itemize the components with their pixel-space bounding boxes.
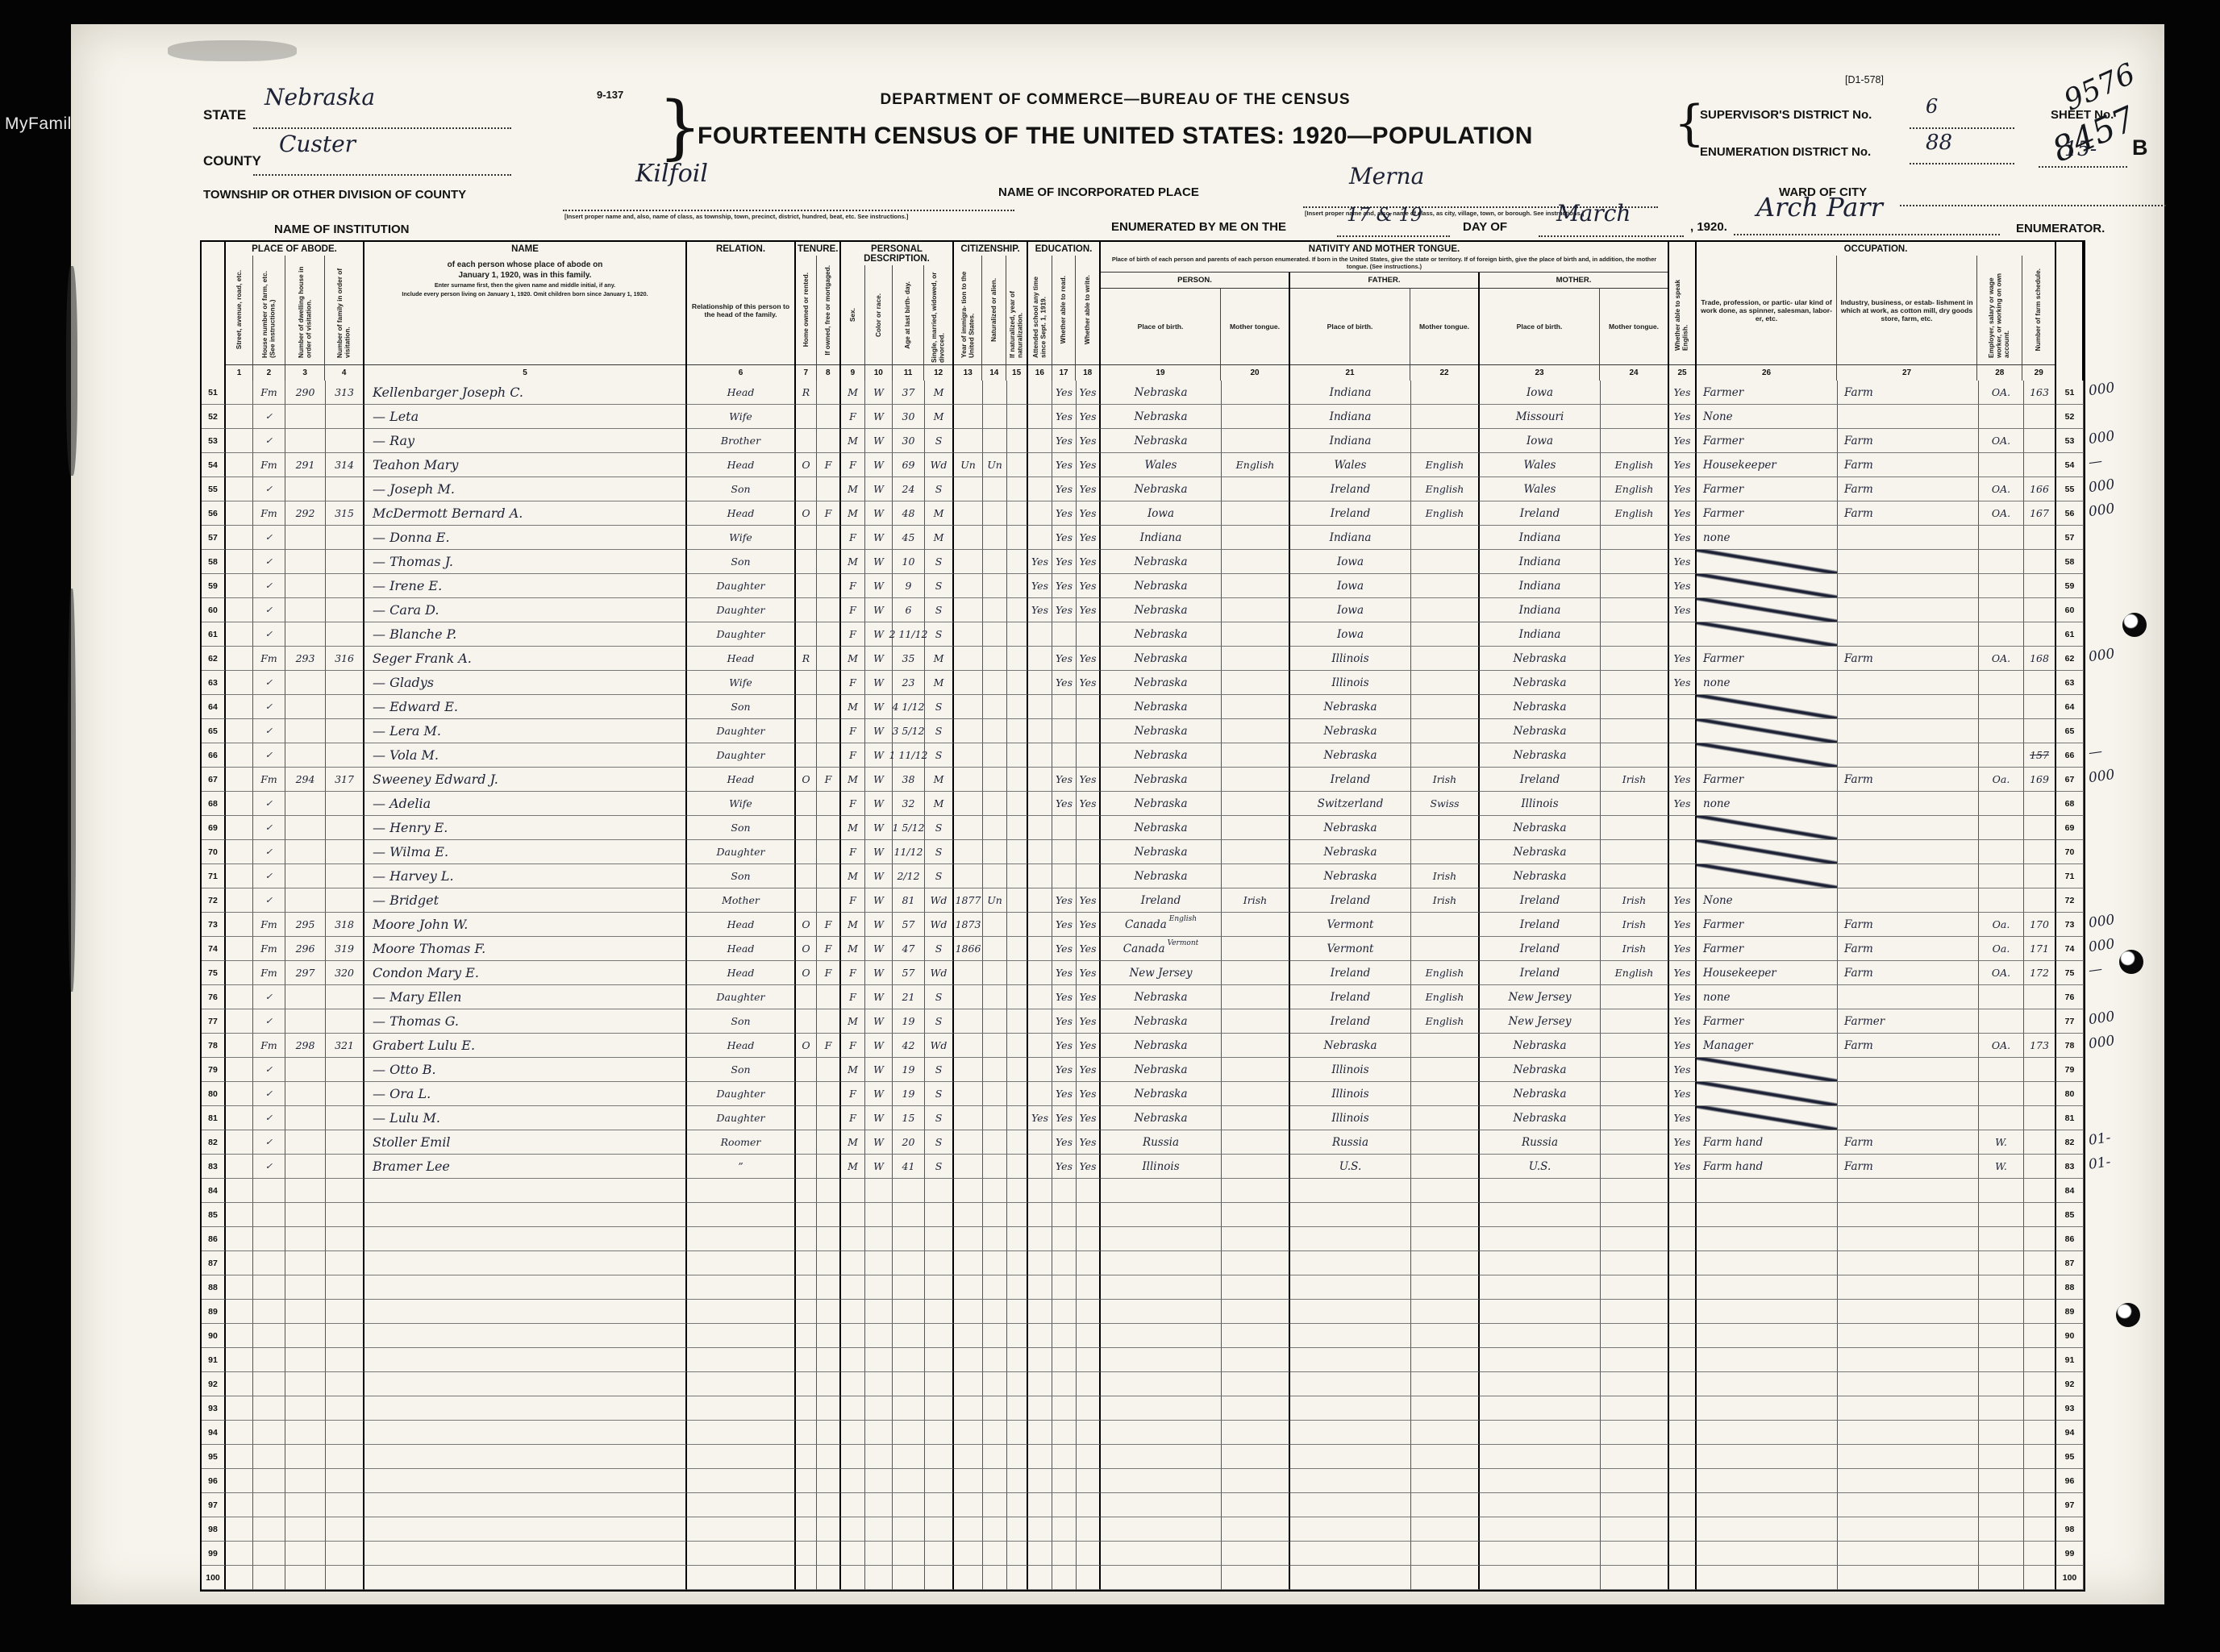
- cell: [983, 1396, 1007, 1421]
- cell: [865, 1396, 893, 1421]
- cell: Nebraska: [1101, 792, 1222, 816]
- line-number: 85: [2056, 1203, 2084, 1227]
- cell: [226, 1130, 253, 1155]
- cell: [841, 1445, 865, 1469]
- dept-title: DEPARTMENT OF COMMERCE—BUREAU OF THE CEN…: [712, 91, 1518, 109]
- cell: [1697, 1251, 1838, 1275]
- margin-tally-mark: 000: [2088, 501, 2116, 520]
- cell: [2024, 1155, 2056, 1179]
- header-citizenship: CITIZENSHIP.Year of immigra- tion to the…: [954, 242, 1028, 381]
- cell: Indiana: [1290, 381, 1411, 405]
- enumerator-value: Arch Parr: [1756, 192, 1883, 223]
- cell: Son: [687, 1058, 796, 1082]
- cell: Nebraska: [1101, 574, 1222, 598]
- cell: [1290, 1227, 1411, 1251]
- cell: [2024, 671, 2056, 695]
- cell: F: [817, 501, 841, 526]
- cell: [983, 1227, 1007, 1251]
- cell: F: [841, 526, 865, 550]
- name-cell: [364, 1566, 687, 1590]
- cell: 316: [326, 647, 364, 671]
- cell: [253, 1324, 285, 1348]
- cell: [326, 1566, 364, 1590]
- line-number: 74: [2056, 937, 2084, 961]
- cell: [326, 526, 364, 550]
- line-number: 77: [202, 1009, 226, 1034]
- cell: ✓: [253, 695, 285, 719]
- cell: [1028, 961, 1052, 985]
- cell: [1411, 1445, 1480, 1469]
- cell: Wd: [925, 913, 954, 937]
- brace-right: {: [1674, 95, 1705, 152]
- cell: ✓: [253, 840, 285, 864]
- cell: [326, 671, 364, 695]
- cell: [865, 1227, 893, 1251]
- cell: [1007, 1493, 1028, 1517]
- cell: [1838, 1106, 1979, 1130]
- cell: [865, 1203, 893, 1227]
- line-number: 90: [2056, 1324, 2084, 1348]
- cell: M: [925, 792, 954, 816]
- cell: [796, 1469, 817, 1493]
- cell: [253, 1445, 285, 1469]
- cell: [1601, 429, 1669, 453]
- cell: M: [841, 550, 865, 574]
- cell: [1838, 743, 1979, 768]
- name-cell: [364, 1396, 687, 1421]
- cell: S: [925, 1106, 954, 1130]
- cell: [1838, 1469, 1979, 1493]
- line-number: 92: [202, 1372, 226, 1396]
- cell: Yes: [1077, 768, 1101, 792]
- cell: 168: [2024, 647, 2056, 671]
- cell: [1222, 743, 1290, 768]
- cell: [1290, 1542, 1411, 1566]
- cell: [1052, 1179, 1077, 1203]
- cell: F: [841, 1082, 865, 1106]
- cell: [226, 453, 253, 477]
- cell: 169: [2024, 768, 2056, 792]
- cell: Wales: [1480, 477, 1601, 501]
- cell: [1007, 501, 1028, 526]
- cell: [226, 1251, 253, 1275]
- cell: [1077, 719, 1101, 743]
- cell: [1669, 840, 1697, 864]
- cell: Farmer: [1697, 1009, 1838, 1034]
- cell: 48: [893, 501, 925, 526]
- line-number: 93: [202, 1396, 226, 1421]
- cell: [983, 840, 1007, 864]
- cell: W: [865, 1009, 893, 1034]
- cell: Nebraska: [1101, 719, 1222, 743]
- cell: [1222, 1203, 1290, 1227]
- cell: [1028, 429, 1052, 453]
- cell: [1601, 864, 1669, 888]
- cell: [796, 1348, 817, 1372]
- cell: [1979, 574, 2024, 598]
- cell: [285, 816, 326, 840]
- line-number: 82: [202, 1130, 226, 1155]
- cell: [1669, 1542, 1697, 1566]
- cell: [817, 1227, 841, 1251]
- cell: [226, 1227, 253, 1251]
- cell: 11/12: [893, 840, 925, 864]
- cell: [1838, 985, 1979, 1009]
- cell: [1222, 598, 1290, 622]
- cell: [1101, 1275, 1222, 1300]
- name-cell: [364, 1251, 687, 1275]
- cell: [687, 1227, 796, 1251]
- cell: Un: [983, 453, 1007, 477]
- cell: [326, 1130, 364, 1155]
- cell: [1007, 1469, 1028, 1493]
- cell: English: [1411, 477, 1480, 501]
- cell: [817, 1348, 841, 1372]
- cell: 296: [285, 937, 326, 961]
- cell: [326, 719, 364, 743]
- cell: Nebraska: [1480, 840, 1601, 864]
- cell: [1222, 1155, 1290, 1179]
- cell: S: [925, 429, 954, 453]
- cell: [796, 1155, 817, 1179]
- cell: [285, 1493, 326, 1517]
- cell: M: [841, 816, 865, 840]
- cell: OA.: [1979, 1034, 2024, 1058]
- cell: [1028, 1300, 1052, 1324]
- cell: 317: [326, 768, 364, 792]
- cell: [285, 1251, 326, 1275]
- header-relation: RELATION.Relationship of this person to …: [687, 242, 796, 381]
- cell: [1601, 574, 1669, 598]
- cell: F: [841, 622, 865, 647]
- cell: [1697, 1348, 1838, 1372]
- cell: [1290, 1275, 1411, 1300]
- cell: [1052, 1348, 1077, 1372]
- cell: Son: [687, 864, 796, 888]
- cell: [1669, 1372, 1697, 1396]
- cell: [1007, 550, 1028, 574]
- cell: 81: [893, 888, 925, 913]
- cell: Head: [687, 1034, 796, 1058]
- cell: Fm: [253, 647, 285, 671]
- cell: [954, 647, 983, 671]
- line-number: 77: [2056, 1009, 2084, 1034]
- cell: [2024, 1300, 2056, 1324]
- cell: [925, 1348, 954, 1372]
- cell: [226, 671, 253, 695]
- cell: [1697, 743, 1838, 768]
- name-cell: [364, 1203, 687, 1227]
- cell: [1838, 816, 1979, 840]
- cell: [983, 574, 1007, 598]
- cell: Nebraska: [1290, 864, 1411, 888]
- cell: ”: [687, 1155, 796, 1179]
- cell: [1101, 1469, 1222, 1493]
- cell: [983, 671, 1007, 695]
- cell: Nebraska: [1101, 816, 1222, 840]
- cell: Illinois: [1101, 1155, 1222, 1179]
- cell: Yes: [1052, 453, 1077, 477]
- cell: Ireland: [1290, 961, 1411, 985]
- cell: Nebraska: [1101, 840, 1222, 864]
- cell: Ireland: [1290, 768, 1411, 792]
- cell: 173: [2024, 1034, 2056, 1058]
- cell: [226, 1106, 253, 1130]
- cell: [1028, 671, 1052, 695]
- cell: [1838, 1372, 1979, 1396]
- cell: W: [865, 888, 893, 913]
- cell: [285, 1155, 326, 1179]
- line-number: 60: [2056, 598, 2084, 622]
- cell: [841, 1275, 865, 1300]
- cell: [796, 1082, 817, 1106]
- line-number: 71: [2056, 864, 2084, 888]
- cell: [1028, 1493, 1052, 1517]
- cell: [1290, 1203, 1411, 1227]
- cell: Nebraska: [1480, 1082, 1601, 1106]
- cell: [2024, 1324, 2056, 1348]
- cell: [226, 792, 253, 816]
- cell: [796, 1009, 817, 1034]
- cell: Indiana: [1290, 405, 1411, 429]
- cell: Iowa: [1101, 501, 1222, 526]
- cell: Farmer: [1697, 477, 1838, 501]
- cell: [1101, 1445, 1222, 1469]
- name-cell: [364, 1517, 687, 1542]
- cell: [1007, 381, 1028, 405]
- cell: [796, 1058, 817, 1082]
- cell: [1669, 743, 1697, 768]
- cell: [817, 1130, 841, 1155]
- cell: ✓: [253, 1130, 285, 1155]
- cell: [983, 864, 1007, 888]
- name-cell: [364, 1542, 687, 1566]
- line-number: 72: [2056, 888, 2084, 913]
- cell: [285, 1227, 326, 1251]
- cell: [326, 1493, 364, 1517]
- cell: [326, 574, 364, 598]
- cell: [954, 1566, 983, 1590]
- cell: [983, 1445, 1007, 1469]
- cell: New Jersey: [1480, 1009, 1601, 1034]
- line-number: 94: [2056, 1421, 2084, 1445]
- cell: Nebraska: [1101, 1058, 1222, 1082]
- cell: Son: [687, 695, 796, 719]
- name-cell: — Adelia: [364, 792, 687, 816]
- cell: [893, 1275, 925, 1300]
- cell: Farm: [1838, 501, 1979, 526]
- cell: [841, 1348, 865, 1372]
- cell: [326, 816, 364, 840]
- cell: M: [841, 1155, 865, 1179]
- cell: Indiana: [1290, 526, 1411, 550]
- cell: Yes: [1052, 671, 1077, 695]
- name-cell: — Ray: [364, 429, 687, 453]
- cell: [1028, 647, 1052, 671]
- cell: [1979, 1106, 2024, 1130]
- cell: [1838, 719, 1979, 743]
- cell: [1979, 792, 2024, 816]
- cell: [893, 1348, 925, 1372]
- cell: [983, 768, 1007, 792]
- cell: [893, 1300, 925, 1324]
- cell: [1838, 792, 1979, 816]
- cell: Wd: [925, 961, 954, 985]
- cell: [954, 1009, 983, 1034]
- cell: Wife: [687, 792, 796, 816]
- cell: [1052, 1421, 1077, 1445]
- cell: [817, 1542, 841, 1566]
- cell: [983, 985, 1007, 1009]
- cell: [954, 985, 983, 1009]
- line-number: 82: [2056, 1130, 2084, 1155]
- cell: 20: [893, 1130, 925, 1155]
- cell: [326, 1251, 364, 1275]
- cell: [1669, 864, 1697, 888]
- cell: F: [841, 743, 865, 768]
- cell: 315: [326, 501, 364, 526]
- line-number: 76: [202, 985, 226, 1009]
- cell: [954, 501, 983, 526]
- cell: Yes: [1669, 453, 1697, 477]
- line-number: 66: [2056, 743, 2084, 768]
- cell: [1411, 1106, 1480, 1130]
- line-number: 87: [2056, 1251, 2084, 1275]
- cell: [1222, 1058, 1290, 1082]
- cell: [687, 1372, 796, 1396]
- cell: [817, 1396, 841, 1421]
- cell: English: [1601, 501, 1669, 526]
- margin-tally-mark: —: [2088, 961, 2104, 979]
- cell: [1697, 1517, 1838, 1542]
- cell: [817, 1179, 841, 1203]
- cell: 69: [893, 453, 925, 477]
- cell: Daughter: [687, 1106, 796, 1130]
- cell: [1077, 1493, 1101, 1517]
- cell: [893, 1179, 925, 1203]
- cell: [1007, 1445, 1028, 1469]
- cell: Irish: [1601, 888, 1669, 913]
- cell: [796, 1372, 817, 1396]
- cell: None: [1697, 888, 1838, 913]
- cell: [1838, 622, 1979, 647]
- cell: [796, 1396, 817, 1421]
- cell: [226, 1155, 253, 1179]
- cell: Wales: [1480, 453, 1601, 477]
- cell: Iowa: [1290, 598, 1411, 622]
- cell: Head: [687, 647, 796, 671]
- cell: F: [841, 1106, 865, 1130]
- name-cell: — Edward E.: [364, 695, 687, 719]
- cell: [1222, 1372, 1290, 1396]
- cell: [285, 1082, 326, 1106]
- cell: [865, 1275, 893, 1300]
- cell: [817, 1203, 841, 1227]
- cell: [1979, 1251, 2024, 1275]
- cell: [841, 1179, 865, 1203]
- cell: [1480, 1324, 1601, 1348]
- cell: Nebraska: [1480, 816, 1601, 840]
- cell: [1697, 1227, 1838, 1251]
- cell: [1838, 1058, 1979, 1082]
- cell: [687, 1493, 796, 1517]
- line-number: 52: [2056, 405, 2084, 429]
- cell: [326, 1082, 364, 1106]
- cell: Irish: [1601, 768, 1669, 792]
- name-cell: — Joseph M.: [364, 477, 687, 501]
- cell: [817, 526, 841, 550]
- cell: [1601, 1130, 1669, 1155]
- cell: [925, 1566, 954, 1590]
- line-number: 91: [2056, 1348, 2084, 1372]
- cell: Yes: [1052, 1130, 1077, 1155]
- cell: [983, 501, 1007, 526]
- line-number: 83: [202, 1155, 226, 1179]
- cell: [817, 671, 841, 695]
- line-number: 86: [202, 1227, 226, 1251]
- cell: [1411, 1372, 1480, 1396]
- cell: [1411, 1324, 1480, 1348]
- line-number: 79: [2056, 1058, 2084, 1082]
- cell: [1697, 864, 1838, 888]
- cell: [983, 1034, 1007, 1058]
- cell: Daughter: [687, 840, 796, 864]
- cell: [817, 743, 841, 768]
- cell: [1290, 1396, 1411, 1421]
- cell: Farm: [1838, 381, 1979, 405]
- cell: Yes: [1077, 381, 1101, 405]
- cell: 1 5/12: [893, 816, 925, 840]
- cell: Ireland: [1480, 937, 1601, 961]
- line-number: 65: [2056, 719, 2084, 743]
- cell: [1411, 1130, 1480, 1155]
- name-cell: Teahon Mary: [364, 453, 687, 477]
- line-number: 88: [202, 1275, 226, 1300]
- cell: O: [796, 501, 817, 526]
- cell: [954, 816, 983, 840]
- cell: [983, 743, 1007, 768]
- cell: Yes: [1669, 501, 1697, 526]
- cell: Nebraska: [1101, 550, 1222, 574]
- cell: [1222, 647, 1290, 671]
- cell: Yes: [1669, 961, 1697, 985]
- cell: [1480, 1179, 1601, 1203]
- cell: [954, 719, 983, 743]
- cell: [1411, 695, 1480, 719]
- cell: [1222, 1324, 1290, 1348]
- cell: [1697, 1058, 1838, 1082]
- cell: [1028, 816, 1052, 840]
- cell: S: [925, 1130, 954, 1155]
- cell: New Jersey: [1101, 961, 1222, 985]
- cell: [1052, 816, 1077, 840]
- cell: [1222, 429, 1290, 453]
- cell: [1028, 1082, 1052, 1106]
- name-cell: — Otto B.: [364, 1058, 687, 1082]
- cell: M: [841, 501, 865, 526]
- cell: W: [865, 985, 893, 1009]
- cell: [1838, 1300, 1979, 1324]
- cell: [1411, 1275, 1480, 1300]
- cell: [1028, 1130, 1052, 1155]
- cell: [983, 429, 1007, 453]
- cell: O: [796, 1034, 817, 1058]
- cell: [1290, 1179, 1411, 1203]
- cell: [285, 1542, 326, 1566]
- cell: [1222, 622, 1290, 647]
- cell: [817, 647, 841, 671]
- cell: [1007, 1324, 1028, 1348]
